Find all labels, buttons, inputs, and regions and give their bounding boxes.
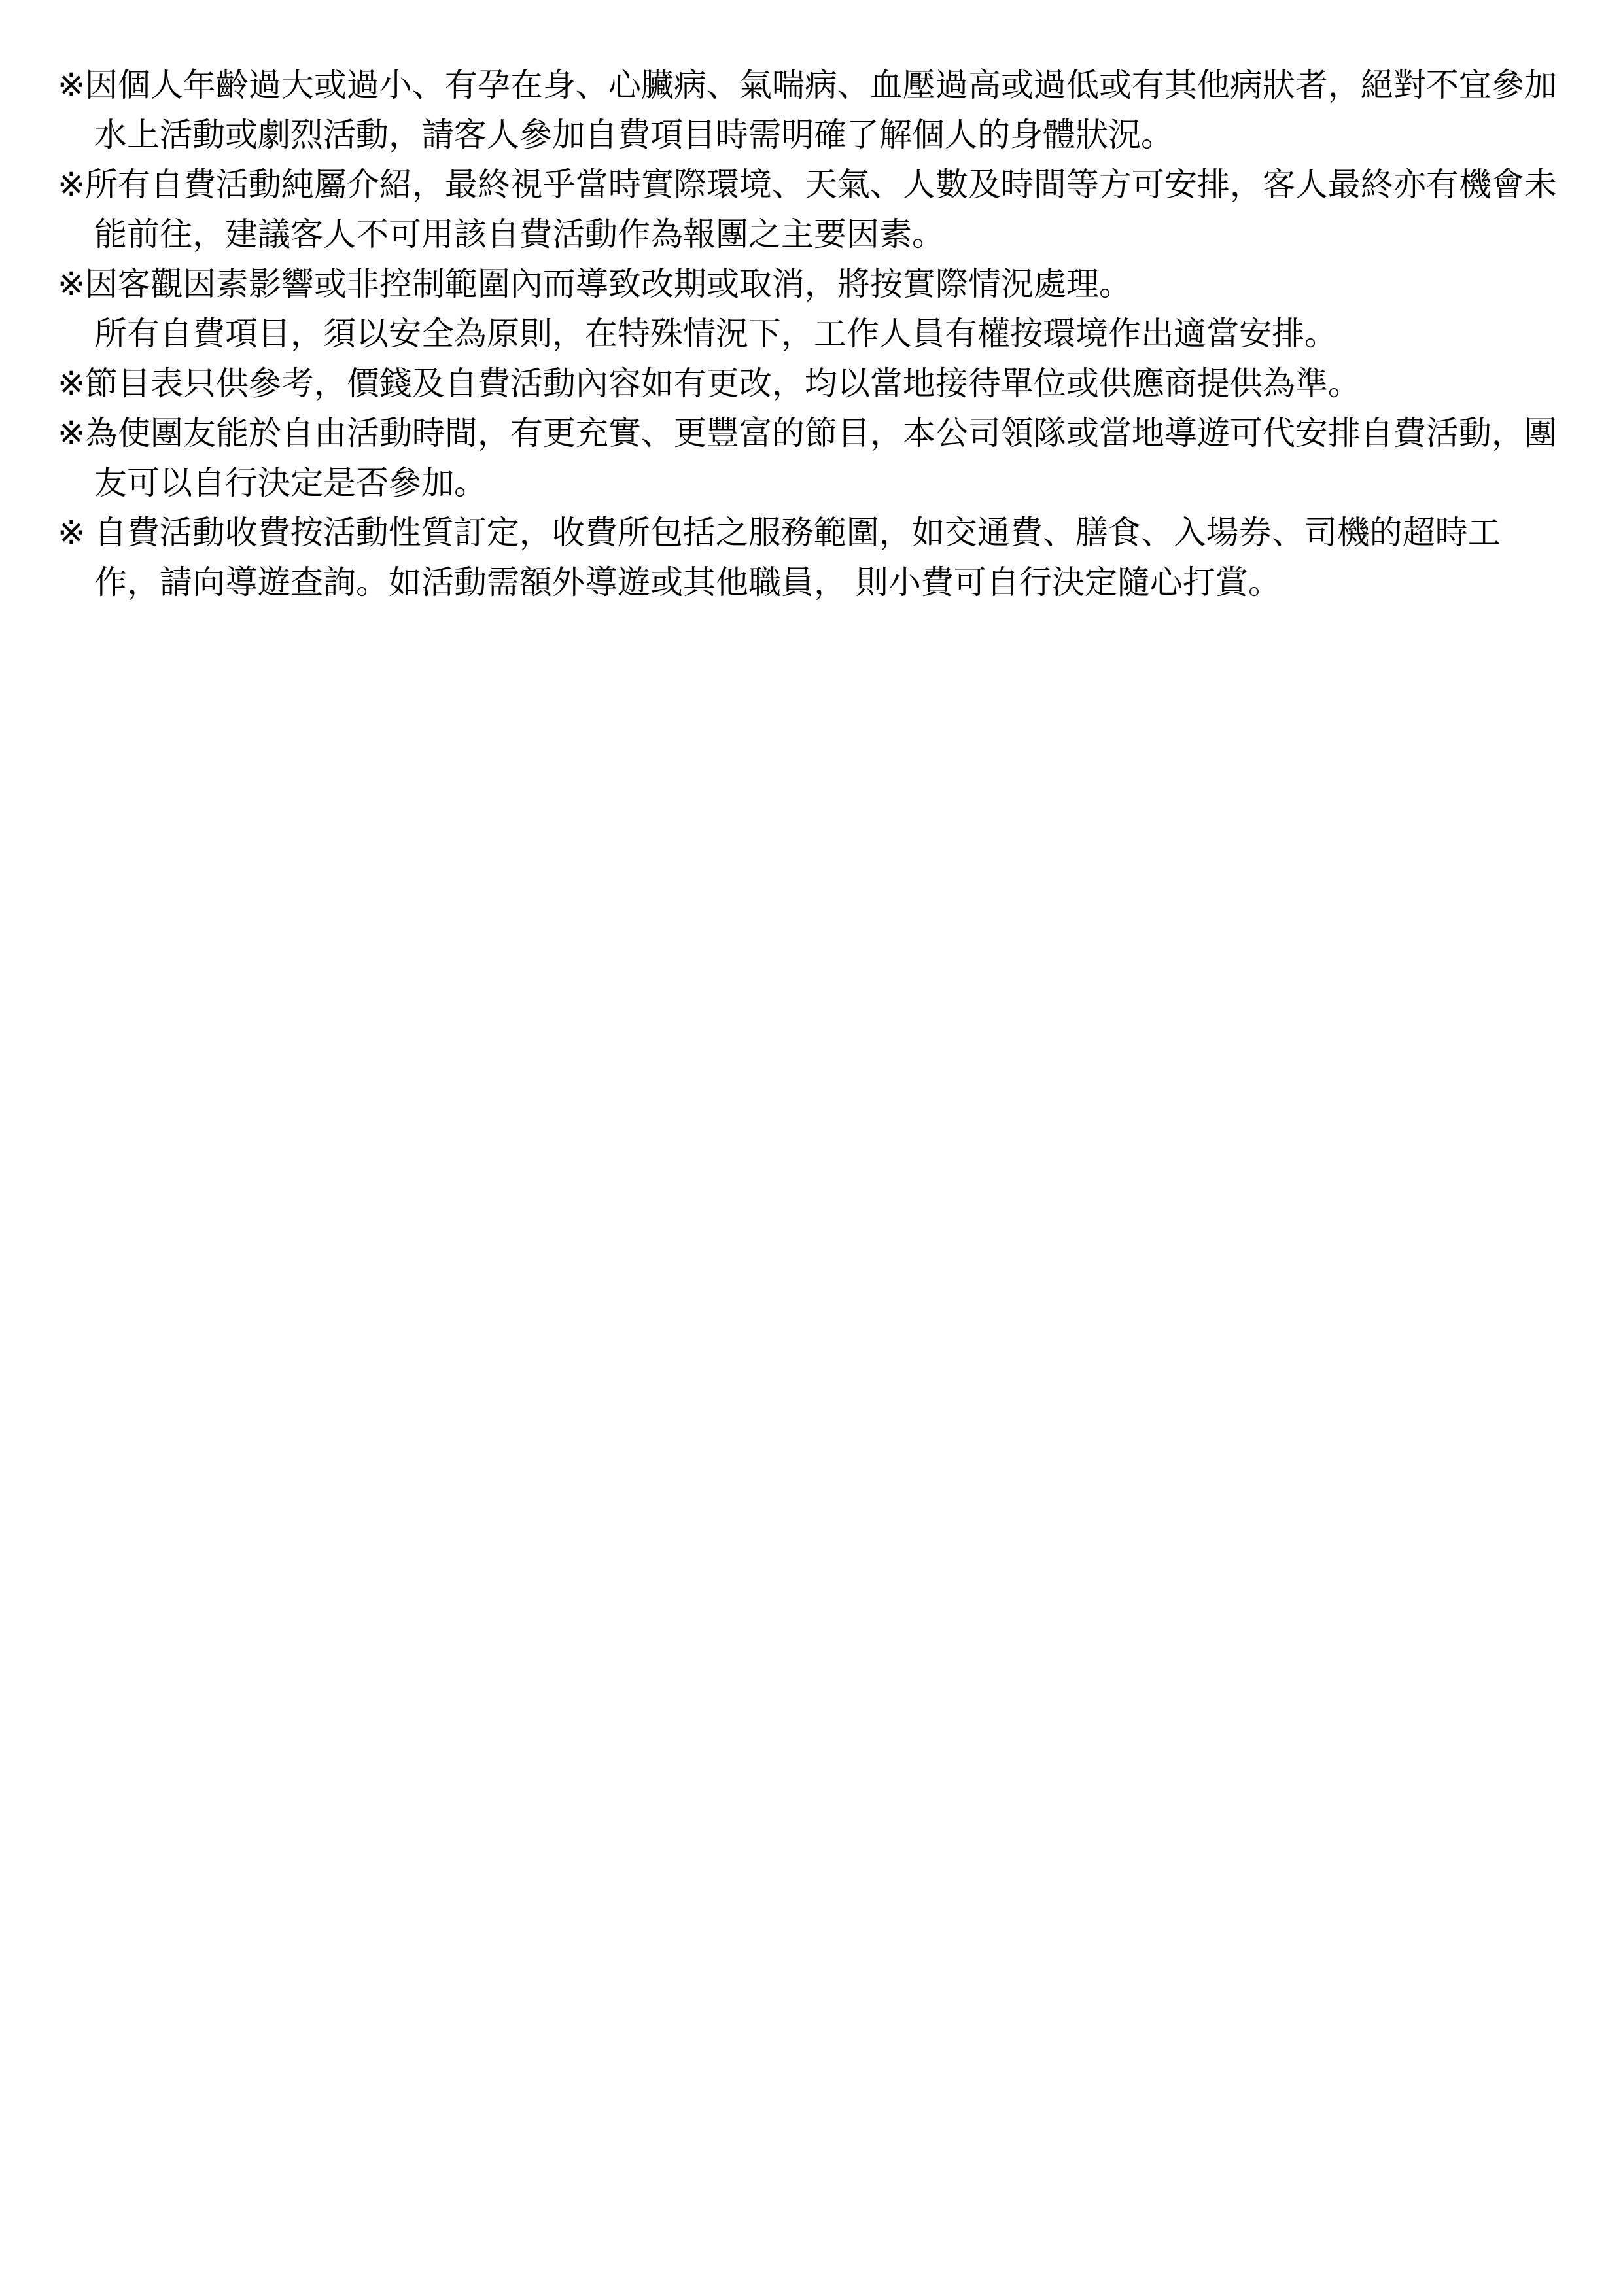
text-line: ※為使團友能於自由活動時間，有更充實、更豐富的節目，本公司領隊或當地導遊可代安排…	[58, 408, 1565, 458]
text-line: 能前往，建議客人不可用該自費活動作為報團之主要因素。	[58, 209, 1565, 259]
text-line: ※ 自費活動收費按活動性質訂定，收費所包括之服務範圍，如交通費、膳食、入場券、司…	[58, 508, 1565, 557]
disclaimer-notes-block: ※因個人年齡過大或過小、有孕在身、心臟病、氣喘病、血壓過高或過低或有其他病狀者，…	[58, 60, 1565, 607]
text-line: ※節目表只供參考，價錢及自費活動內容如有更改，均以當地接待單位或供應商提供為準。	[58, 359, 1565, 408]
text-line: ※所有自費活動純屬介紹，最終視乎當時實際環境、天氣、人數及時間等方可安排，客人最…	[58, 160, 1565, 209]
text-line: ※因客觀因素影響或非控制範圍內而導致改期或取消，將按實際情況處理。	[58, 259, 1565, 309]
text-line: 水上活動或劇烈活動，請客人參加自費項目時需明確了解個人的身體狀況。	[58, 110, 1565, 160]
document-page: ※因個人年齡過大或過小、有孕在身、心臟病、氣喘病、血壓過高或過低或有其他病狀者，…	[0, 0, 1623, 2296]
text-line: 作，請向導遊查詢。如活動需額外導遊或其他職員， 則小費可自行決定隨心打賞。	[58, 557, 1565, 607]
text-line: 所有自費項目，須以安全為原則，在特殊情況下，工作人員有權按環境作出適當安排。	[58, 309, 1565, 359]
text-line: ※因個人年齡過大或過小、有孕在身、心臟病、氣喘病、血壓過高或過低或有其他病狀者，…	[58, 60, 1565, 110]
text-line: 友可以自行決定是否參加。	[58, 458, 1565, 508]
